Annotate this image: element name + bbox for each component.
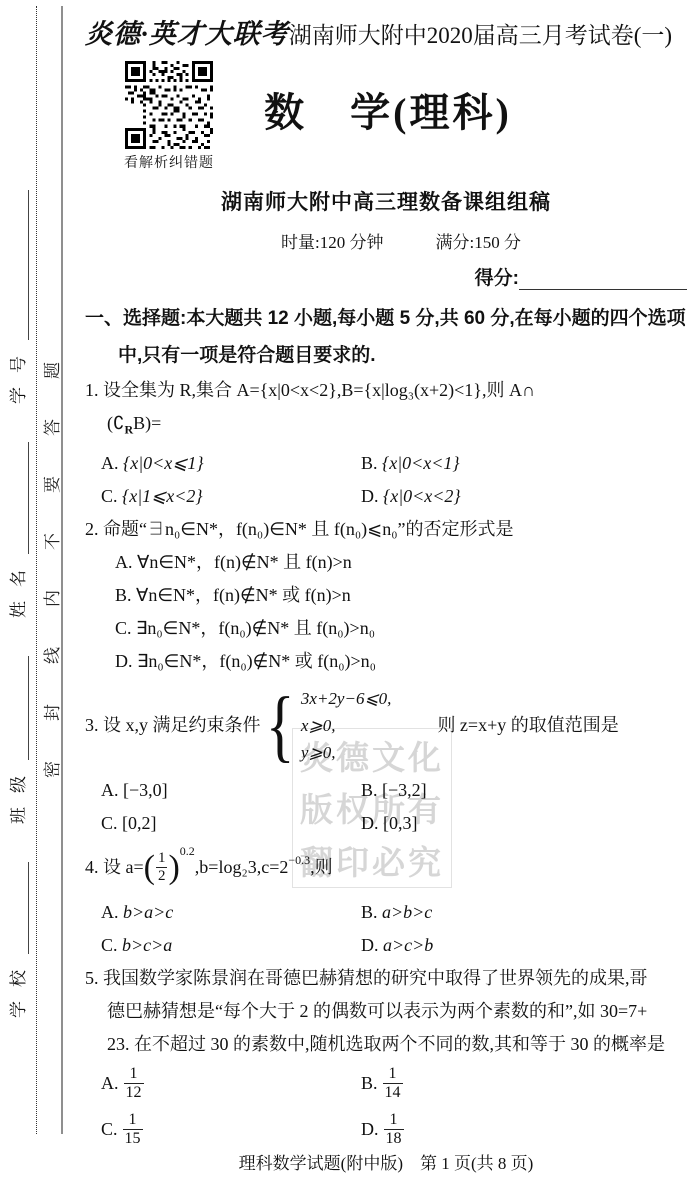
field-label-school: 学校 bbox=[4, 954, 29, 1018]
q4-stem-pre: 4. 设 a= bbox=[85, 851, 144, 884]
exam-page: 学校 班级 姓名 学号 密封线内不要答题 炎德文化 版权所有 翻印必究 炎德·英… bbox=[0, 0, 700, 1190]
constraint-3: y⩾0, bbox=[301, 739, 392, 766]
section-heading-line2: 中,只有一项是符合题目要求的. bbox=[85, 337, 687, 374]
q4-exponent: 0.2 bbox=[180, 835, 195, 868]
byline: 湖南师大附中高三理数备课组组稿 bbox=[85, 186, 687, 216]
field-name: 姓名 bbox=[4, 442, 29, 618]
field-label-name: 姓名 bbox=[4, 554, 29, 618]
field-label-student-number: 学号 bbox=[4, 340, 29, 404]
q1-complement-sub: R bbox=[124, 423, 133, 437]
fraction: 118 bbox=[384, 1111, 404, 1148]
q1-options: A. {x|0<x⩽1} B. {x|0<x<1} C. {x|1⩽x<2} D… bbox=[85, 447, 687, 513]
option-a: A. {x|0<x⩽1} bbox=[101, 447, 361, 480]
name-blank-line bbox=[9, 442, 29, 554]
question-5: 5. 我国数学家陈景润在哥德巴赫猜想的研究中取得了世界领先的成果,哥 德巴赫猜想… bbox=[85, 962, 687, 1153]
option-b: B. {x|0<x<1} bbox=[361, 447, 687, 480]
q5-options: A.112 B.114 C.115 D.118 bbox=[85, 1061, 687, 1153]
q1-stem-line1: 1. 设全集为 R,集合 A={x|0<x<2},B={x|log₃(x+2)<… bbox=[85, 374, 687, 407]
qr-block: 看解析纠错题 bbox=[119, 61, 219, 172]
option-a: A. b>a>c bbox=[101, 896, 361, 929]
school-blank-line bbox=[9, 862, 29, 954]
question-4: 4. 设 a=(12)0.2,b=log₂3,c=2−0.3,则 A. b>a>… bbox=[85, 840, 687, 962]
section-heading-line1: 一、选择题:本大题共 12 小题,每小题 5 分,共 60 分,在每小题的四个选… bbox=[85, 300, 687, 337]
exam-series-header: 炎德·英才大联考湖南师大附中2020届高三月考试卷(一) bbox=[85, 12, 687, 51]
score-blank-line bbox=[519, 269, 687, 290]
q3-stem-pre: 3. 设 x,y 满足约束条件 bbox=[85, 709, 261, 742]
option-b: B. a>b>c bbox=[361, 896, 687, 929]
q4-stem: 4. 设 a=(12)0.2,b=log₂3,c=2−0.3,则 bbox=[85, 840, 687, 896]
option-d: D. [0,3] bbox=[361, 807, 687, 840]
exam-meta-row: 时量:120 分钟 满分:150 分 bbox=[85, 228, 687, 253]
left-brace: { bbox=[265, 681, 294, 771]
q3-options: A. [−3,0] B. [−3,2] C. [0,2] D. [0,3] bbox=[85, 774, 687, 840]
q4-fraction: 12 bbox=[156, 850, 168, 885]
fraction: 114 bbox=[383, 1065, 403, 1102]
left-paren: ( bbox=[144, 851, 155, 885]
exam-content: 炎德·英才大联考湖南师大附中2020届高三月考试卷(一) 看解析纠错题 bbox=[85, 12, 687, 1153]
student-number-blank-line bbox=[9, 190, 29, 340]
brand-name: 炎德·英才大联考 bbox=[85, 19, 289, 49]
q4-options: A. b>a>c B. a>b>c C. b>c>a D. a>c>b bbox=[85, 896, 687, 962]
fraction: 112 bbox=[124, 1065, 144, 1102]
q5-stem-line3: 23. 在不超过 30 的素数中,随机选取两个不同的数,其和等于 30 的概率是 bbox=[85, 1028, 687, 1061]
title-row: 看解析纠错题 数 学(理科) bbox=[85, 61, 687, 172]
question-1: 1. 设全集为 R,集合 A={x|0<x<2},B={x|log₃(x+2)<… bbox=[85, 374, 687, 513]
subject-title: 数 学(理科) bbox=[219, 81, 687, 172]
option-c: C. b>c>a bbox=[101, 929, 361, 962]
option-c: C. {x|1⩽x<2} bbox=[101, 480, 361, 513]
option-d: D. ∃n₀∈N*，f(n₀)∉N* 或 f(n₀)>n₀ bbox=[115, 645, 687, 678]
q1-complement-post: B)= bbox=[133, 413, 161, 433]
duration-label: 时量:120 分钟 bbox=[281, 228, 383, 253]
field-school: 学校 bbox=[4, 862, 29, 1018]
qr-code-icon bbox=[125, 61, 213, 149]
score-row: 得分: bbox=[85, 263, 687, 290]
q1-complement-pre: (∁ bbox=[107, 413, 124, 433]
option-a: A. [−3,0] bbox=[101, 774, 361, 807]
option-d: D.118 bbox=[361, 1107, 687, 1153]
fraction: 115 bbox=[123, 1111, 143, 1148]
option-b: B.114 bbox=[361, 1061, 687, 1107]
q3-stem-post: 则 z=x+y 的取值范围是 bbox=[437, 709, 618, 742]
q4-stem-post: ,则 bbox=[310, 851, 333, 884]
field-class: 班级 bbox=[4, 656, 29, 824]
option-d: D. {x|0<x<2} bbox=[361, 480, 687, 513]
q4-stem-mid: ,b=log₂3,c=2 bbox=[195, 851, 289, 884]
option-b: B. ∀n∈N*，f(n)∉N* 或 f(n)>n bbox=[115, 579, 687, 612]
constraint-2: x⩾0, bbox=[301, 712, 392, 739]
q5-stem-line2: 德巴赫猜想是“每个大于 2 的偶数可以表示为两个素数的和”,如 30=7+ bbox=[85, 995, 687, 1028]
option-a: A.112 bbox=[101, 1061, 361, 1107]
seal-line-text: 密封线内不要答题 bbox=[38, 322, 63, 778]
option-b: B. [−3,2] bbox=[361, 774, 687, 807]
qr-caption: 看解析纠错题 bbox=[119, 152, 219, 172]
q3-stem: 3. 设 x,y 满足约束条件 { 3x+2y−6⩽0, x⩾0, y⩾0, 则… bbox=[85, 678, 687, 774]
exam-title-text: 湖南师大附中2020届高三月考试卷(一) bbox=[289, 23, 672, 48]
option-a: A. ∀n∈N*，f(n)∉N* 且 f(n)>n bbox=[115, 546, 687, 579]
option-c: C. [0,2] bbox=[101, 807, 361, 840]
option-c: C. ∃n₀∈N*，f(n₀)∉N* 且 f(n₀)>n₀ bbox=[115, 612, 687, 645]
full-score-label: 满分:150 分 bbox=[436, 228, 521, 253]
student-info-fields: 学校 班级 姓名 学号 bbox=[5, 68, 29, 1018]
field-label-class: 班级 bbox=[4, 760, 29, 824]
option-d: D. a>c>b bbox=[361, 929, 687, 962]
question-2: 2. 命题“∃n₀∈N*，f(n₀)∈N* 且 f(n₀)⩽n₀”的否定形式是 … bbox=[85, 513, 687, 678]
page-footer: 理科数学试题(附中版) 第 1 页(共 8 页) bbox=[85, 1149, 687, 1174]
field-number: 学号 bbox=[4, 190, 29, 404]
score-label: 得分: bbox=[475, 263, 519, 290]
class-blank-line bbox=[9, 656, 29, 760]
q1-stem-line2: (∁RB)= bbox=[85, 407, 687, 447]
q2-stem: 2. 命题“∃n₀∈N*，f(n₀)∈N* 且 f(n₀)⩽n₀”的否定形式是 bbox=[85, 513, 687, 546]
question-3: 3. 设 x,y 满足约束条件 { 3x+2y−6⩽0, x⩾0, y⩾0, 则… bbox=[85, 678, 687, 840]
margin-divider-line bbox=[61, 6, 63, 1134]
right-paren: ) bbox=[168, 851, 179, 885]
constraint-1: 3x+2y−6⩽0, bbox=[301, 685, 392, 712]
section-heading: 一、选择题:本大题共 12 小题,每小题 5 分,共 60 分,在每小题的四个选… bbox=[85, 300, 687, 374]
q4-exponent2: −0.3 bbox=[288, 844, 310, 877]
q5-stem-line1: 5. 我国数学家陈景润在哥德巴赫猜想的研究中取得了世界领先的成果,哥 bbox=[85, 962, 687, 995]
q3-constraints: 3x+2y−6⩽0, x⩾0, y⩾0, bbox=[301, 685, 392, 766]
q2-options: A. ∀n∈N*，f(n)∉N* 且 f(n)>n B. ∀n∈N*，f(n)∉… bbox=[85, 546, 687, 678]
seal-dotted-line bbox=[36, 6, 37, 1134]
option-c: C.115 bbox=[101, 1107, 361, 1153]
